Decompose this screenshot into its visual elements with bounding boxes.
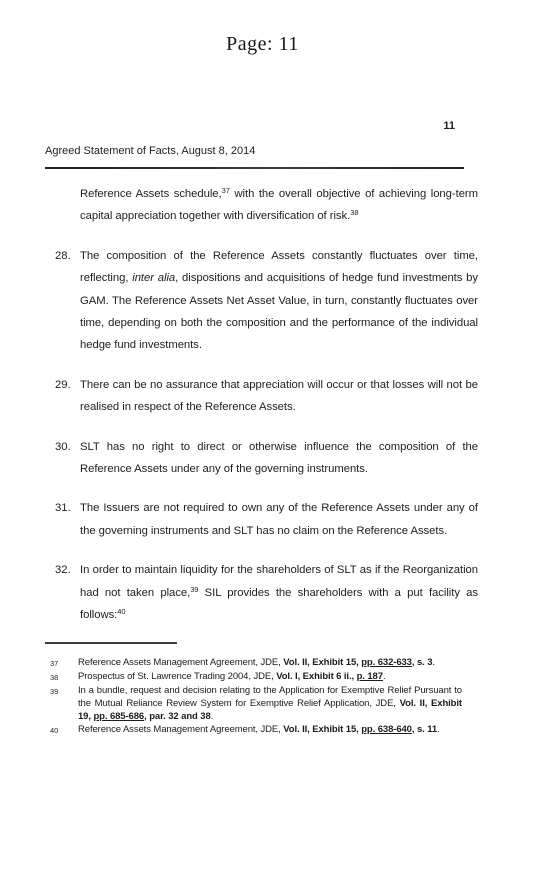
text-run: Prospectus of St. Lawrence Trading 2004,… xyxy=(78,671,276,682)
footnote: 37Reference Assets Management Agreement,… xyxy=(50,657,462,671)
text-run: . xyxy=(211,711,214,722)
bold-text: , par. 32 and 38 xyxy=(144,711,211,722)
document-page: Page: 11 11 Agreed Statement of Facts, A… xyxy=(0,0,559,878)
paragraph-number: 32. xyxy=(55,559,80,626)
paragraph-number: 30. xyxy=(55,436,80,481)
footnote-text: In a bundle, request and decision relati… xyxy=(78,685,462,724)
bold-underlined-text: pp. 638-640 xyxy=(361,724,412,735)
paragraph: 29.There can be no assurance that apprec… xyxy=(55,374,478,419)
text-run: Reference Assets schedule, xyxy=(80,188,222,200)
text-run: Reference Assets Management Agreement, J… xyxy=(78,657,283,668)
paragraph: 31.The Issuers are not required to own a… xyxy=(55,497,478,542)
paragraph-text: In order to maintain liquidity for the s… xyxy=(80,559,478,626)
footnote: 39In a bundle, request and decision rela… xyxy=(50,685,462,724)
paragraph: 30.SLT has no right to direct or otherwi… xyxy=(55,436,478,481)
footnote-reference: 40 xyxy=(117,607,125,616)
bold-text: Vol. II, Exhibit 15, xyxy=(283,657,361,668)
bold-underlined-text: pp. 632-633 xyxy=(361,657,412,668)
bold-underlined-text: p. 187 xyxy=(357,671,383,682)
bold-text: , s. 3 xyxy=(412,657,433,668)
text-run: SLT has no right to direct or otherwise … xyxy=(80,441,478,475)
footnote-reference: 38 xyxy=(350,208,358,217)
footnote-separator xyxy=(45,642,177,644)
bold-text: Vol. I, Exhibit 6 ii., xyxy=(276,671,356,682)
paragraph: Reference Assets schedule,37 with the ov… xyxy=(55,183,478,228)
text-run: The Issuers are not required to own any … xyxy=(80,502,478,536)
footnote-list: 37Reference Assets Management Agreement,… xyxy=(50,657,462,737)
footnote-reference: 37 xyxy=(222,186,230,195)
footnote-marker: 40 xyxy=(50,724,78,738)
bold-underlined-text: pp. 685-686 xyxy=(93,711,144,722)
footnote-text: Reference Assets Management Agreement, J… xyxy=(78,724,462,738)
footnote-marker: 39 xyxy=(50,685,78,724)
text-run: . xyxy=(383,671,386,682)
italic-text: inter alia xyxy=(132,272,175,284)
header-rule xyxy=(45,167,464,169)
paragraph-text: The composition of the Reference Assets … xyxy=(80,245,478,357)
document-header: Agreed Statement of Facts, August 8, 201… xyxy=(45,145,255,157)
paragraph-number: 28. xyxy=(55,245,80,357)
paragraph: 32.In order to maintain liquidity for th… xyxy=(55,559,478,626)
bold-text: Vol. II, Exhibit 15, xyxy=(283,724,361,735)
paragraph-text: There can be no assurance that appreciat… xyxy=(80,374,478,419)
text-run: . xyxy=(432,657,435,668)
text-run: . xyxy=(437,724,440,735)
page-number: 11 xyxy=(443,120,455,132)
page-title: Page: 11 xyxy=(0,33,542,56)
paragraph-text: The Issuers are not required to own any … xyxy=(80,497,478,542)
footnote-marker: 38 xyxy=(50,671,78,685)
footnote: 38Prospectus of St. Lawrence Trading 200… xyxy=(50,671,462,685)
footnote-marker: 37 xyxy=(50,657,78,671)
footnote: 40Reference Assets Management Agreement,… xyxy=(50,724,462,738)
paragraph-list: Reference Assets schedule,37 with the ov… xyxy=(55,183,478,644)
paragraph-number: 29. xyxy=(55,374,80,419)
footnote-text: Reference Assets Management Agreement, J… xyxy=(78,657,462,671)
paragraph-number: 31. xyxy=(55,497,80,542)
paragraph-text: Reference Assets schedule,37 with the ov… xyxy=(80,183,478,228)
bold-text: , s. 11 xyxy=(412,724,437,735)
text-run: There can be no assurance that appreciat… xyxy=(80,379,478,413)
footnote-text: Prospectus of St. Lawrence Trading 2004,… xyxy=(78,671,462,685)
paragraph-text: SLT has no right to direct or otherwise … xyxy=(80,436,478,481)
text-run: Reference Assets Management Agreement, J… xyxy=(78,724,283,735)
paragraph: 28.The composition of the Reference Asse… xyxy=(55,245,478,357)
paragraph-number xyxy=(55,183,80,228)
